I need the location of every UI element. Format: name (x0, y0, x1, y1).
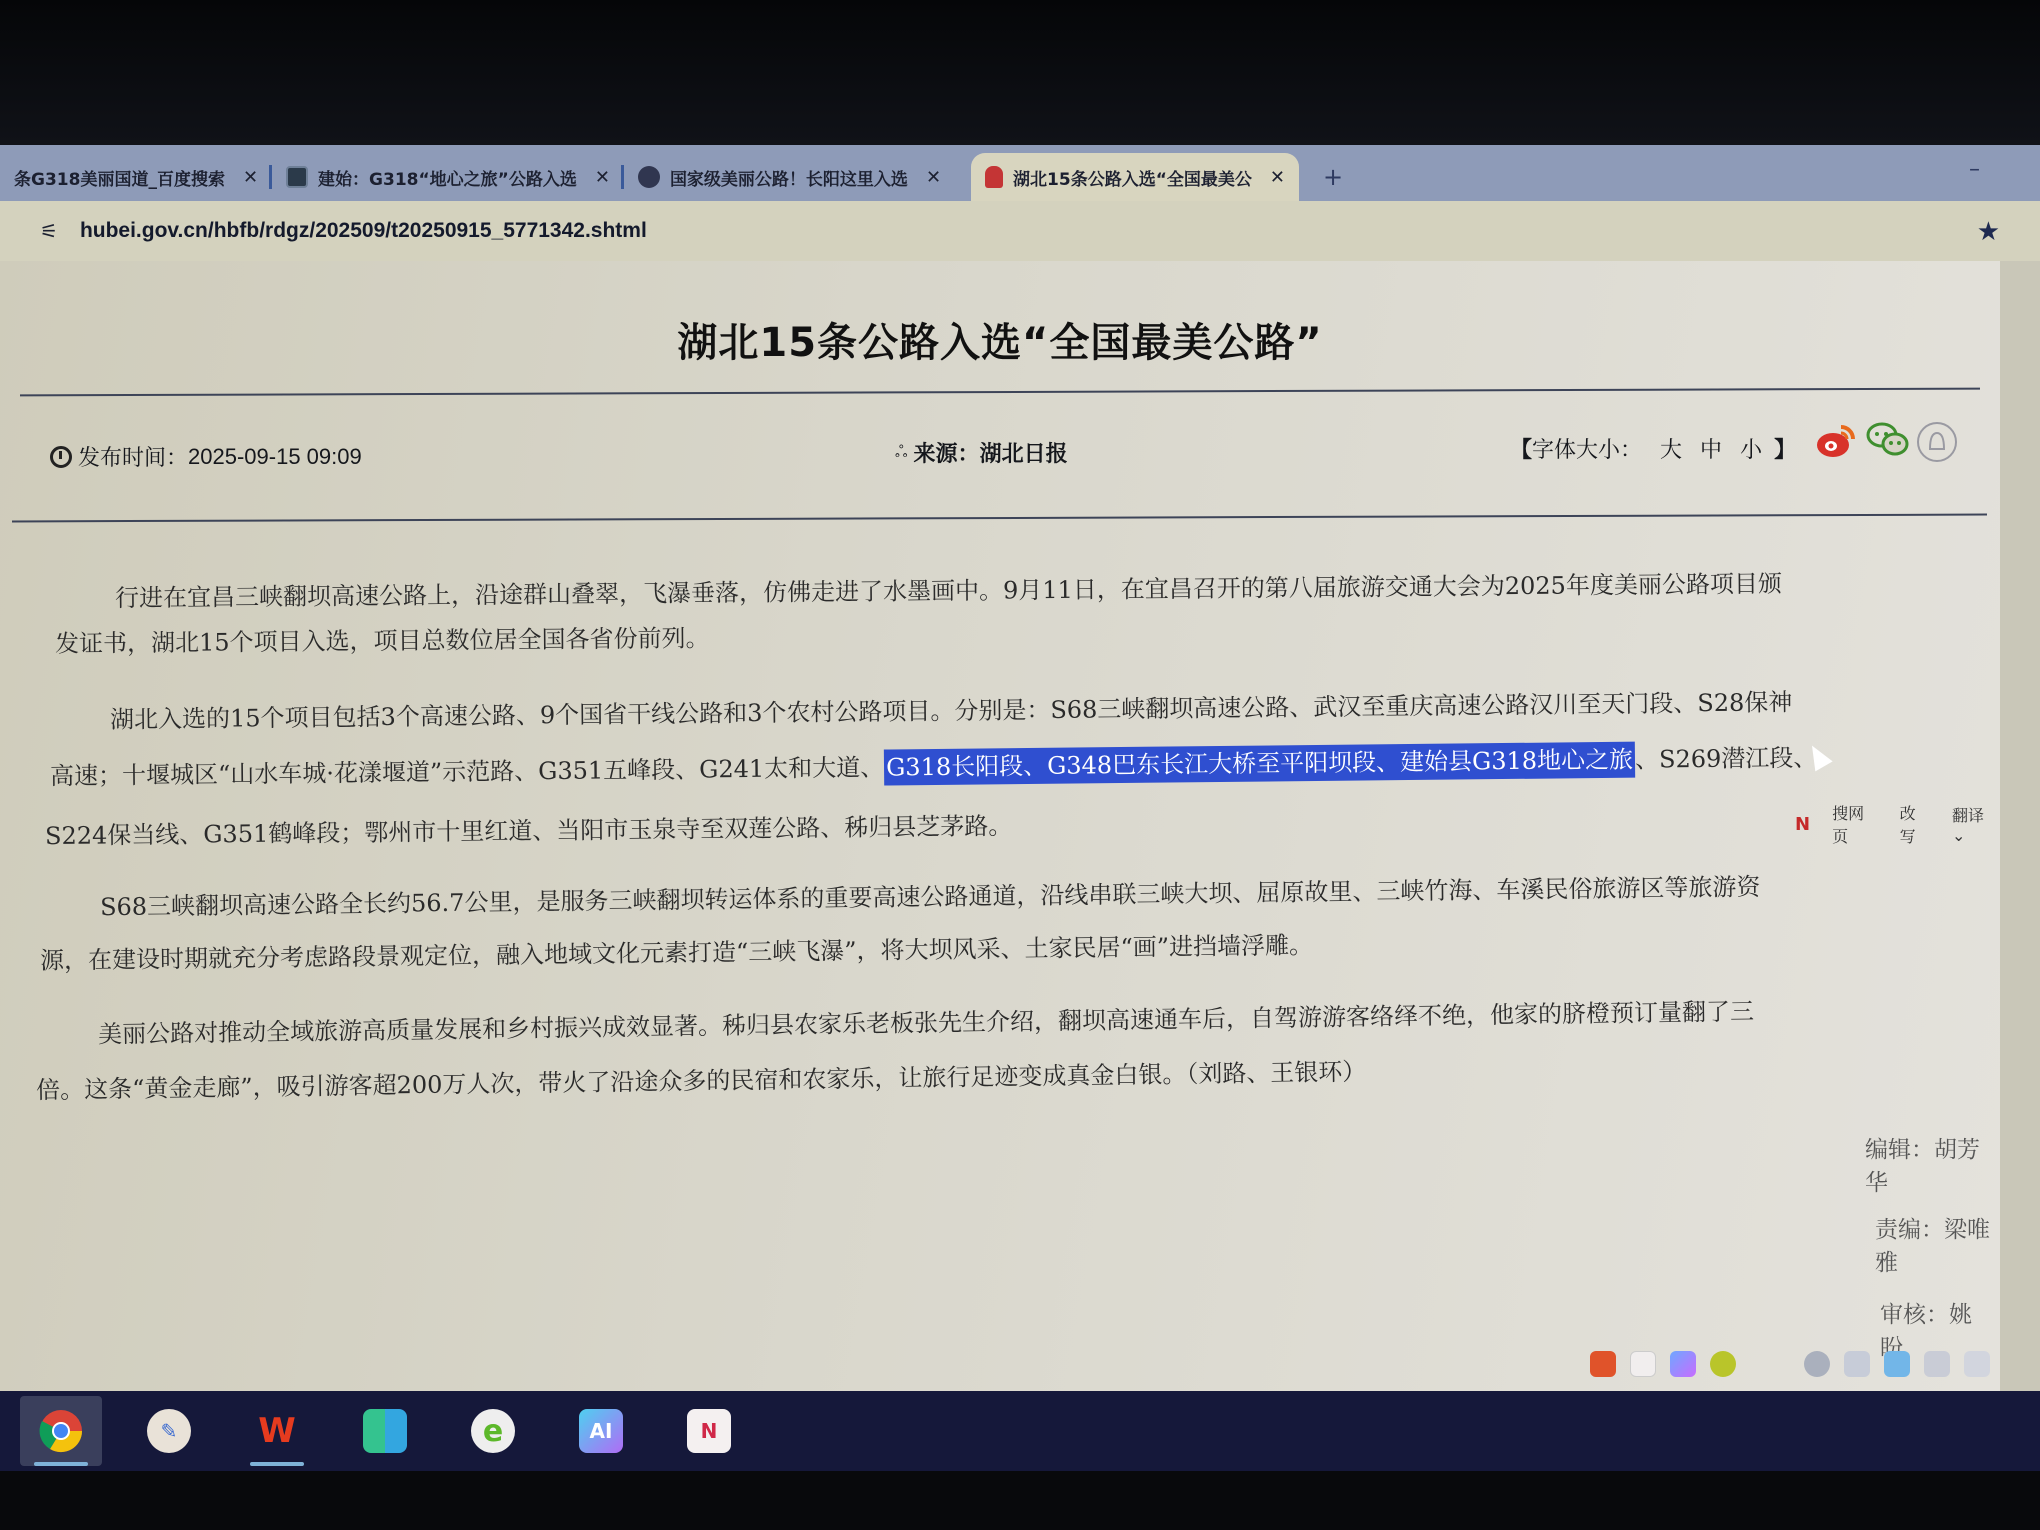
running-indicator (250, 1462, 304, 1466)
taskbar-wps[interactable]: W (236, 1396, 318, 1466)
notification-icon[interactable] (1844, 1351, 1870, 1377)
chrome-icon (38, 1408, 84, 1454)
v-app-icon[interactable] (1590, 1351, 1616, 1377)
close-tab-icon[interactable]: ✕ (1270, 167, 1285, 188)
green-plus-icon[interactable] (1710, 1351, 1736, 1377)
selected-text[interactable]: G318长阳段、G348巴东长江大桥至平阳坝段、建始县G318地心之旅 (884, 742, 1635, 786)
taskbar-chrome[interactable] (20, 1396, 102, 1466)
image-icon (286, 166, 308, 188)
qq-icon[interactable] (1916, 421, 1958, 463)
taskbar-ie[interactable]: e (452, 1396, 534, 1466)
close-tab-icon[interactable]: ✕ (926, 167, 941, 188)
publish-info: 发布时间： 2025-09-15 09:09 (50, 441, 362, 472)
tab-title: 建始：G318“地心之旅”公路入选 (318, 165, 577, 190)
font-size-large[interactable]: 大 (1660, 433, 1682, 464)
paragraph-4-line-2: 倍。这条“黄金走廊”，吸引游客超200万人次，带火了沿途众多的民宿和农家乐，让旅… (36, 1052, 1367, 1106)
translate-button[interactable]: 翻译 ⌄ (1952, 803, 2000, 845)
system-tray (1590, 1351, 1990, 1377)
bracket-close: 】 (1774, 433, 1796, 464)
text-segment: 高速；十堰城区“山水车城·花漾堰道”示范路、G351五峰段、G241太和大道、 (50, 754, 884, 791)
font-size-medium[interactable]: 中 (1700, 433, 1722, 464)
address-bar: ⚟ hubei.gov.cn/hbfb/rdgz/202509/t2025091… (0, 201, 2040, 261)
wps-office-icon: W (255, 1409, 299, 1453)
globe-icon (638, 166, 660, 188)
article-page: 湖北15条公路入选“全国最美公路” 发布时间： 2025-09-15 09:09… (0, 261, 2000, 1391)
divider (12, 514, 1987, 523)
paragraph-4-line-1: 美丽公路对推动全域旅游高质量发展和乡村振兴成效显著。秭归县农家乐老板张先生介绍，… (98, 991, 1754, 1049)
page-edge (2000, 261, 2040, 1391)
rewrite-button[interactable]: 改写 (1900, 801, 1930, 847)
monitor-bezel (0, 0, 2040, 145)
paint-palette-icon: ✎ (147, 1409, 191, 1453)
tab-hubei-article[interactable]: 湖北15条公路入选“全国最美公 ✕ (971, 153, 1299, 201)
site-settings-icon[interactable]: ⚟ (40, 219, 58, 243)
paragraph-1-line-1: 行进在宜昌三峡翻坝高速公路上，沿途群山叠翠，飞瀑垂落，仿佛走进了水墨画中。9月1… (115, 564, 1782, 614)
weibo-icon[interactable] (1815, 421, 1857, 459)
ai-assistant-icon: AI (579, 1409, 623, 1453)
source-name: 湖北日报 (980, 437, 1068, 468)
wechat-icon[interactable] (1866, 421, 1910, 457)
new-tab-button[interactable]: + (1323, 163, 1343, 191)
publish-time: 2025-09-15 09:09 (188, 444, 362, 470)
active-indicator (34, 1462, 88, 1466)
ai-tray-icon[interactable] (1670, 1351, 1696, 1377)
network-icon[interactable] (1804, 1351, 1830, 1377)
tab-strip: 条G318美丽国道_百度搜索 ✕ 建始：G318“地心之旅”公路入选 ✕ 国家级… (0, 145, 2040, 201)
article-title: 湖北15条公路入选“全国最美公路” (0, 311, 2000, 368)
taskbar-ai[interactable]: AI (560, 1396, 642, 1466)
volume-muted-icon[interactable] (1924, 1351, 1950, 1377)
paragraph-2-line-3: S224保当线、G351鹤峰段；鄂州市十里红道、当阳市玉泉寺至双莲公路、秭归县芝… (45, 806, 1013, 851)
tab-title: 国家级美丽公路！长阳这里入选 (670, 165, 908, 190)
paragraph-2-line-2: 高速；十堰城区“山水车城·花漾堰道”示范路、G351五峰段、G241太和大道、G… (50, 738, 1818, 792)
selection-toolbar: N 搜网页 改写 翻译 ⌄ (1795, 801, 2000, 847)
chevron-down-icon: ⌄ (1952, 826, 1965, 845)
divider (20, 388, 1980, 397)
publish-label: 发布时间： (78, 441, 188, 472)
blue-app-icon[interactable] (1884, 1351, 1910, 1377)
close-tab-icon[interactable]: ✕ (243, 167, 258, 188)
taskbar-n-app[interactable]: N (668, 1396, 750, 1466)
emblem-icon (985, 166, 1003, 188)
app-grid-icon (363, 1409, 407, 1453)
monitor-bezel-bottom (0, 1471, 2040, 1530)
url-input[interactable]: hubei.gov.cn/hbfb/rdgz/202509/t20250915_… (80, 219, 647, 243)
responsible-editor: 责编：梁唯雅 (1875, 1211, 2000, 1277)
tab-changyang[interactable]: 国家级美丽公路！长阳这里入选 ✕ (624, 153, 955, 201)
font-size-small[interactable]: 小 (1740, 433, 1762, 464)
taskbar: ✎ W e AI N (0, 1391, 2040, 1471)
font-size-control: 【 字体大小： 大 中 小 】 (1510, 433, 1796, 464)
tab-jianshi[interactable]: 建始：G318“地心之旅”公路入选 ✕ (272, 153, 624, 201)
search-web-button[interactable]: 搜网页 (1832, 801, 1878, 847)
taskbar-app-grid[interactable] (344, 1396, 426, 1466)
n-tray-icon[interactable] (1630, 1351, 1656, 1377)
paragraph-2-line-1: 湖北入选的15个项目包括3个高速公路、9个国省干线公路和3个农村公路项目。分别是… (110, 682, 1793, 735)
bookmark-star-icon[interactable]: ★ (1977, 217, 2000, 247)
tab-title: 条G318美丽国道_百度搜索 (14, 165, 225, 190)
paragraph-3-line-2: 源，在建设时期就充分考虑路段景观定位，融入地域文化元素打造“三峡飞瀑”，将大坝风… (40, 925, 1313, 976)
bracket-open: 【 (1510, 433, 1532, 464)
n-logo-icon: N (1795, 814, 1810, 835)
paragraph-1-line-2: 发证书，湖北15个项目入选，项目总数位居全国各省份前列。 (55, 618, 710, 659)
taskbar-paint[interactable]: ✎ (128, 1396, 210, 1466)
source-info: ஃ 来源： 湖北日报 (895, 437, 1068, 468)
clock-icon (50, 446, 72, 468)
text-segment: 、S269潜江段、 (1635, 744, 1818, 774)
tab-baidu-search[interactable]: 条G318美丽国道_百度搜索 ✕ (0, 153, 272, 201)
tab-title: 湖北15条公路入选“全国最美公 (1013, 165, 1252, 190)
people-icon: ஃ (895, 442, 908, 463)
display-icon[interactable] (1964, 1351, 1990, 1377)
close-tab-icon[interactable]: ✕ (595, 167, 610, 188)
paragraph-3-line-1: S68三峡翻坝高速公路全长约56.7公里，是服务三峡翻坝转运体系的重要高速公路通… (100, 867, 1761, 922)
source-label: 来源： (914, 437, 980, 468)
font-size-label: 字体大小： (1532, 433, 1642, 464)
n-app-icon: N (687, 1409, 731, 1453)
minimize-button[interactable]: – (1969, 157, 1980, 182)
ie-browser-icon: e (471, 1409, 515, 1453)
editor: 编辑：胡芳华 (1865, 1131, 2000, 1197)
